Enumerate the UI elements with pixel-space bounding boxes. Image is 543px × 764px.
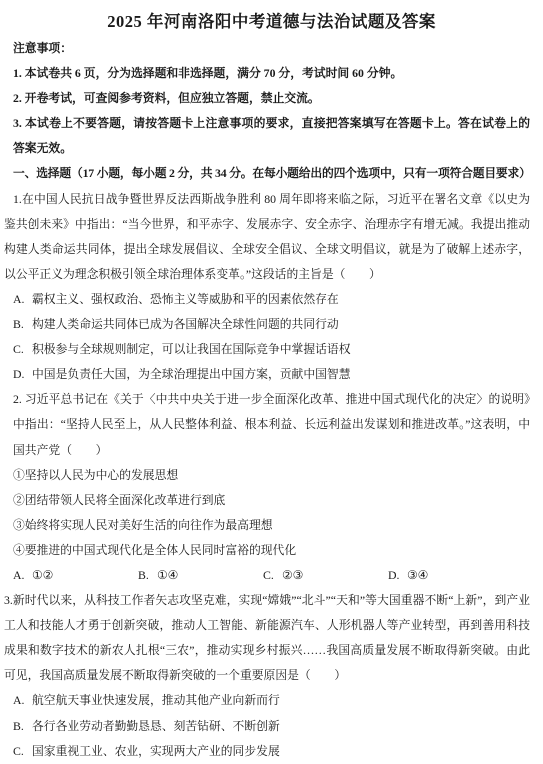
option-label: D. <box>388 563 407 588</box>
option-label: A. <box>13 688 32 713</box>
option-label: B. <box>13 312 32 337</box>
question-3-option-b: B. 各行各业劳动者勤勤恳恳、刻苦钻研、不断创新 <box>13 714 530 739</box>
question-1-stem: 1.在中国人民抗日战争暨世界反法西斯战争胜利 80 周年即将来临之际，习近平在署… <box>4 187 530 287</box>
question-2-option-a: A. ①② <box>13 563 138 588</box>
option-text: ③④ <box>407 563 428 588</box>
option-text: 国家重视工业、农业，实现两大产业的同步发展 <box>32 739 530 764</box>
question-1-option-c: C. 积极参与全球规则制定，可以让我国在国际竞争中掌握话语权 <box>13 337 530 362</box>
question-2-stem: 2. 习近平总书记在《关于〈中共中央关于进一步全面深化改革、推进中国式现代化的决… <box>13 387 530 462</box>
option-text: 霸权主义、强权政治、恐怖主义等威胁和平的因素依然存在 <box>32 287 530 312</box>
question-2-option-d: D. ③④ <box>388 563 530 588</box>
option-text: ②③ <box>282 563 303 588</box>
option-text: 各行各业劳动者勤勤恳恳、刻苦钻研、不断创新 <box>32 714 530 739</box>
question-1-option-a: A. 霸权主义、强权政治、恐怖主义等威胁和平的因素依然存在 <box>13 287 530 312</box>
question-1-option-b: B. 构建人类命运共同体已成为各国解决全球性问题的共同行动 <box>13 312 530 337</box>
question-2-option-c: C. ②③ <box>263 563 388 588</box>
question-2-option-b: B. ①④ <box>138 563 263 588</box>
section-header: 一、选择题（17 小题，每小题 2 分，共 34 分。在每小题给出的四个选项中，… <box>13 161 530 186</box>
option-text: 构建人类命运共同体已成为各国解决全球性问题的共同行动 <box>32 312 530 337</box>
page-title: 2025 年河南洛阳中考道德与法治试题及答案 <box>13 0 530 32</box>
notice-item-1: 1. 本试卷共 6 页，分为选择题和非选择题，满分 70 分，考试时间 60 分… <box>13 61 530 86</box>
option-text: 积极参与全球规则制定，可以让我国在国际竞争中掌握话语权 <box>32 337 530 362</box>
option-text: 中国是负责任大国，为全球治理提出中国方案，贡献中国智慧 <box>32 362 530 387</box>
question-2-statement-1: ①坚持以人民为中心的发展思想 <box>13 463 530 488</box>
option-label: C. <box>13 739 32 764</box>
question-3-stem: 3.新时代以来，从科技工作者矢志攻坚克难，实现“嫦娥”“北斗”“天和”等大国重器… <box>4 588 530 688</box>
option-text: ①④ <box>157 563 178 588</box>
question-1-option-d: D. 中国是负责任大国，为全球治理提出中国方案，贡献中国智慧 <box>13 362 530 387</box>
option-text: ①② <box>32 563 53 588</box>
option-label: D. <box>13 362 32 387</box>
question-2-statement-4: ④要推进的中国式现代化是全体人民同时富裕的现代化 <box>13 538 530 563</box>
option-label: B. <box>138 563 157 588</box>
option-label: A. <box>13 563 32 588</box>
notice-heading: 注意事项： <box>13 36 530 61</box>
question-2-options-row: A. ①② B. ①④ C. ②③ D. ③④ <box>13 563 530 588</box>
option-label: C. <box>13 337 32 362</box>
notice-item-2: 2. 开卷考试，可查阅参考资料，但应独立答题，禁止交流。 <box>13 86 530 111</box>
option-label: B. <box>13 714 32 739</box>
question-2-statement-2: ②团结带领人民将全面深化改革进行到底 <box>13 488 530 513</box>
question-2-statement-3: ③始终将实现人民对美好生活的向往作为最高理想 <box>13 513 530 538</box>
question-3-option-a: A. 航空航天事业快速发展，推动其他产业向新而行 <box>13 688 530 713</box>
option-text: 航空航天事业快速发展，推动其他产业向新而行 <box>32 688 530 713</box>
option-label: C. <box>263 563 282 588</box>
question-3-option-c: C. 国家重视工业、农业，实现两大产业的同步发展 <box>13 739 530 764</box>
exam-paper-page: 2025 年河南洛阳中考道德与法治试题及答案 注意事项： 1. 本试卷共 6 页… <box>0 0 543 764</box>
notice-item-3: 3. 本试卷上不要答题，请按答题卡上注意事项的要求，直接把答案填写在答题卡上。答… <box>13 111 530 161</box>
option-label: A. <box>13 287 32 312</box>
